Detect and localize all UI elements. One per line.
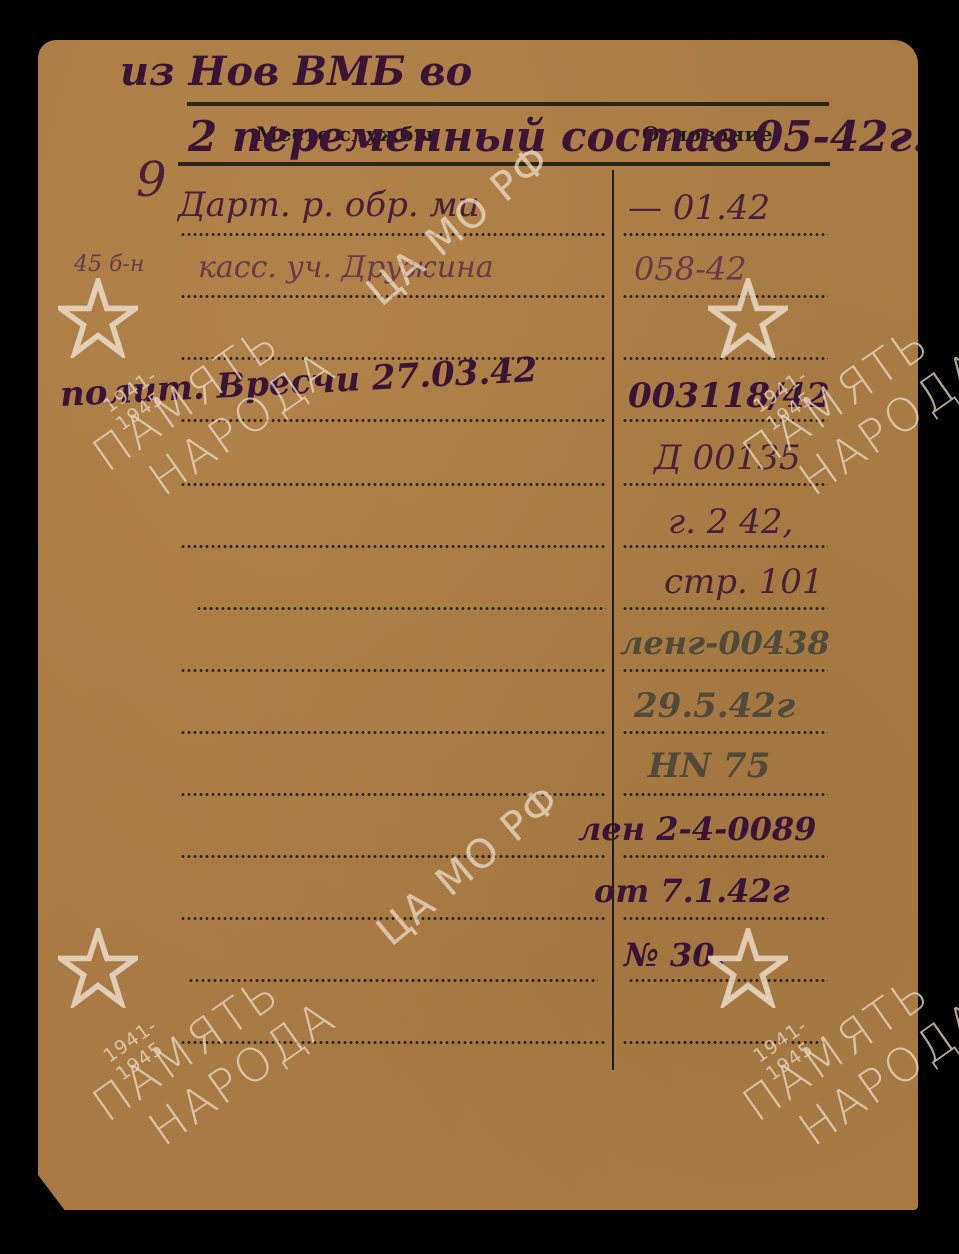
right-row-line [628,979,828,982]
top-handwritten-note: из Нов ВМБ во [120,48,472,95]
header-bottom-rule [178,162,830,166]
left-row-line [180,483,606,486]
left-entry-margin: 9 [136,152,167,208]
left-row-line [180,669,606,672]
left-row-line [180,419,606,422]
right-entry: 29.5.42г [634,686,795,726]
left-row-line [180,855,606,858]
column-divider [612,170,614,1070]
right-row-line [622,233,828,236]
left-row-line [180,295,606,298]
record-card: из Нов ВМБ во Место службы Основание 2 п… [38,40,918,1210]
left-row-line [180,1041,606,1044]
right-entry: 058-42 [634,250,747,288]
right-entry: г. 2 42, [668,502,793,542]
left-row-line [188,979,598,982]
left-row-line [180,917,606,920]
right-row-line [622,793,828,796]
right-entry: от 7.1.42г [594,872,790,910]
right-row-line [622,1041,828,1044]
left-entry: касс. уч. Дружина [198,250,494,285]
right-row-line [622,419,828,422]
left-row-line [196,607,606,610]
archive-watermark: ЦА МО РФ [368,776,569,955]
right-row-line [622,607,828,610]
right-entry: 003118/42 [628,376,830,416]
right-entry: лен 2-4-0089 [578,810,816,848]
left-entry-margin: 45 б-н [74,252,144,277]
header-handwritten-overwrite: 2 переменный состав 05-42г. [188,112,927,161]
left-entry: Дарт. р. обр. ми [178,185,480,225]
header-top-rule [187,102,829,106]
right-row-line [622,731,828,734]
left-row-line [180,233,606,236]
left-row-line [180,731,606,734]
right-entry: ленг-00438 [620,624,830,662]
right-row-line [622,669,828,672]
right-row-line [622,483,828,486]
right-entry: Д 00135 [654,438,801,478]
right-entry: — 01.42 [628,188,770,228]
right-row-line [622,295,828,298]
left-row-line [180,793,606,796]
right-row-line [622,357,828,360]
right-row-line [622,917,828,920]
right-row-line [622,545,828,548]
right-entry: стр. 101 [664,562,824,602]
left-row-line [180,545,606,548]
right-entry: НN 75 [648,746,770,786]
right-entry: № 30. [624,936,726,974]
right-row-line [622,855,828,858]
